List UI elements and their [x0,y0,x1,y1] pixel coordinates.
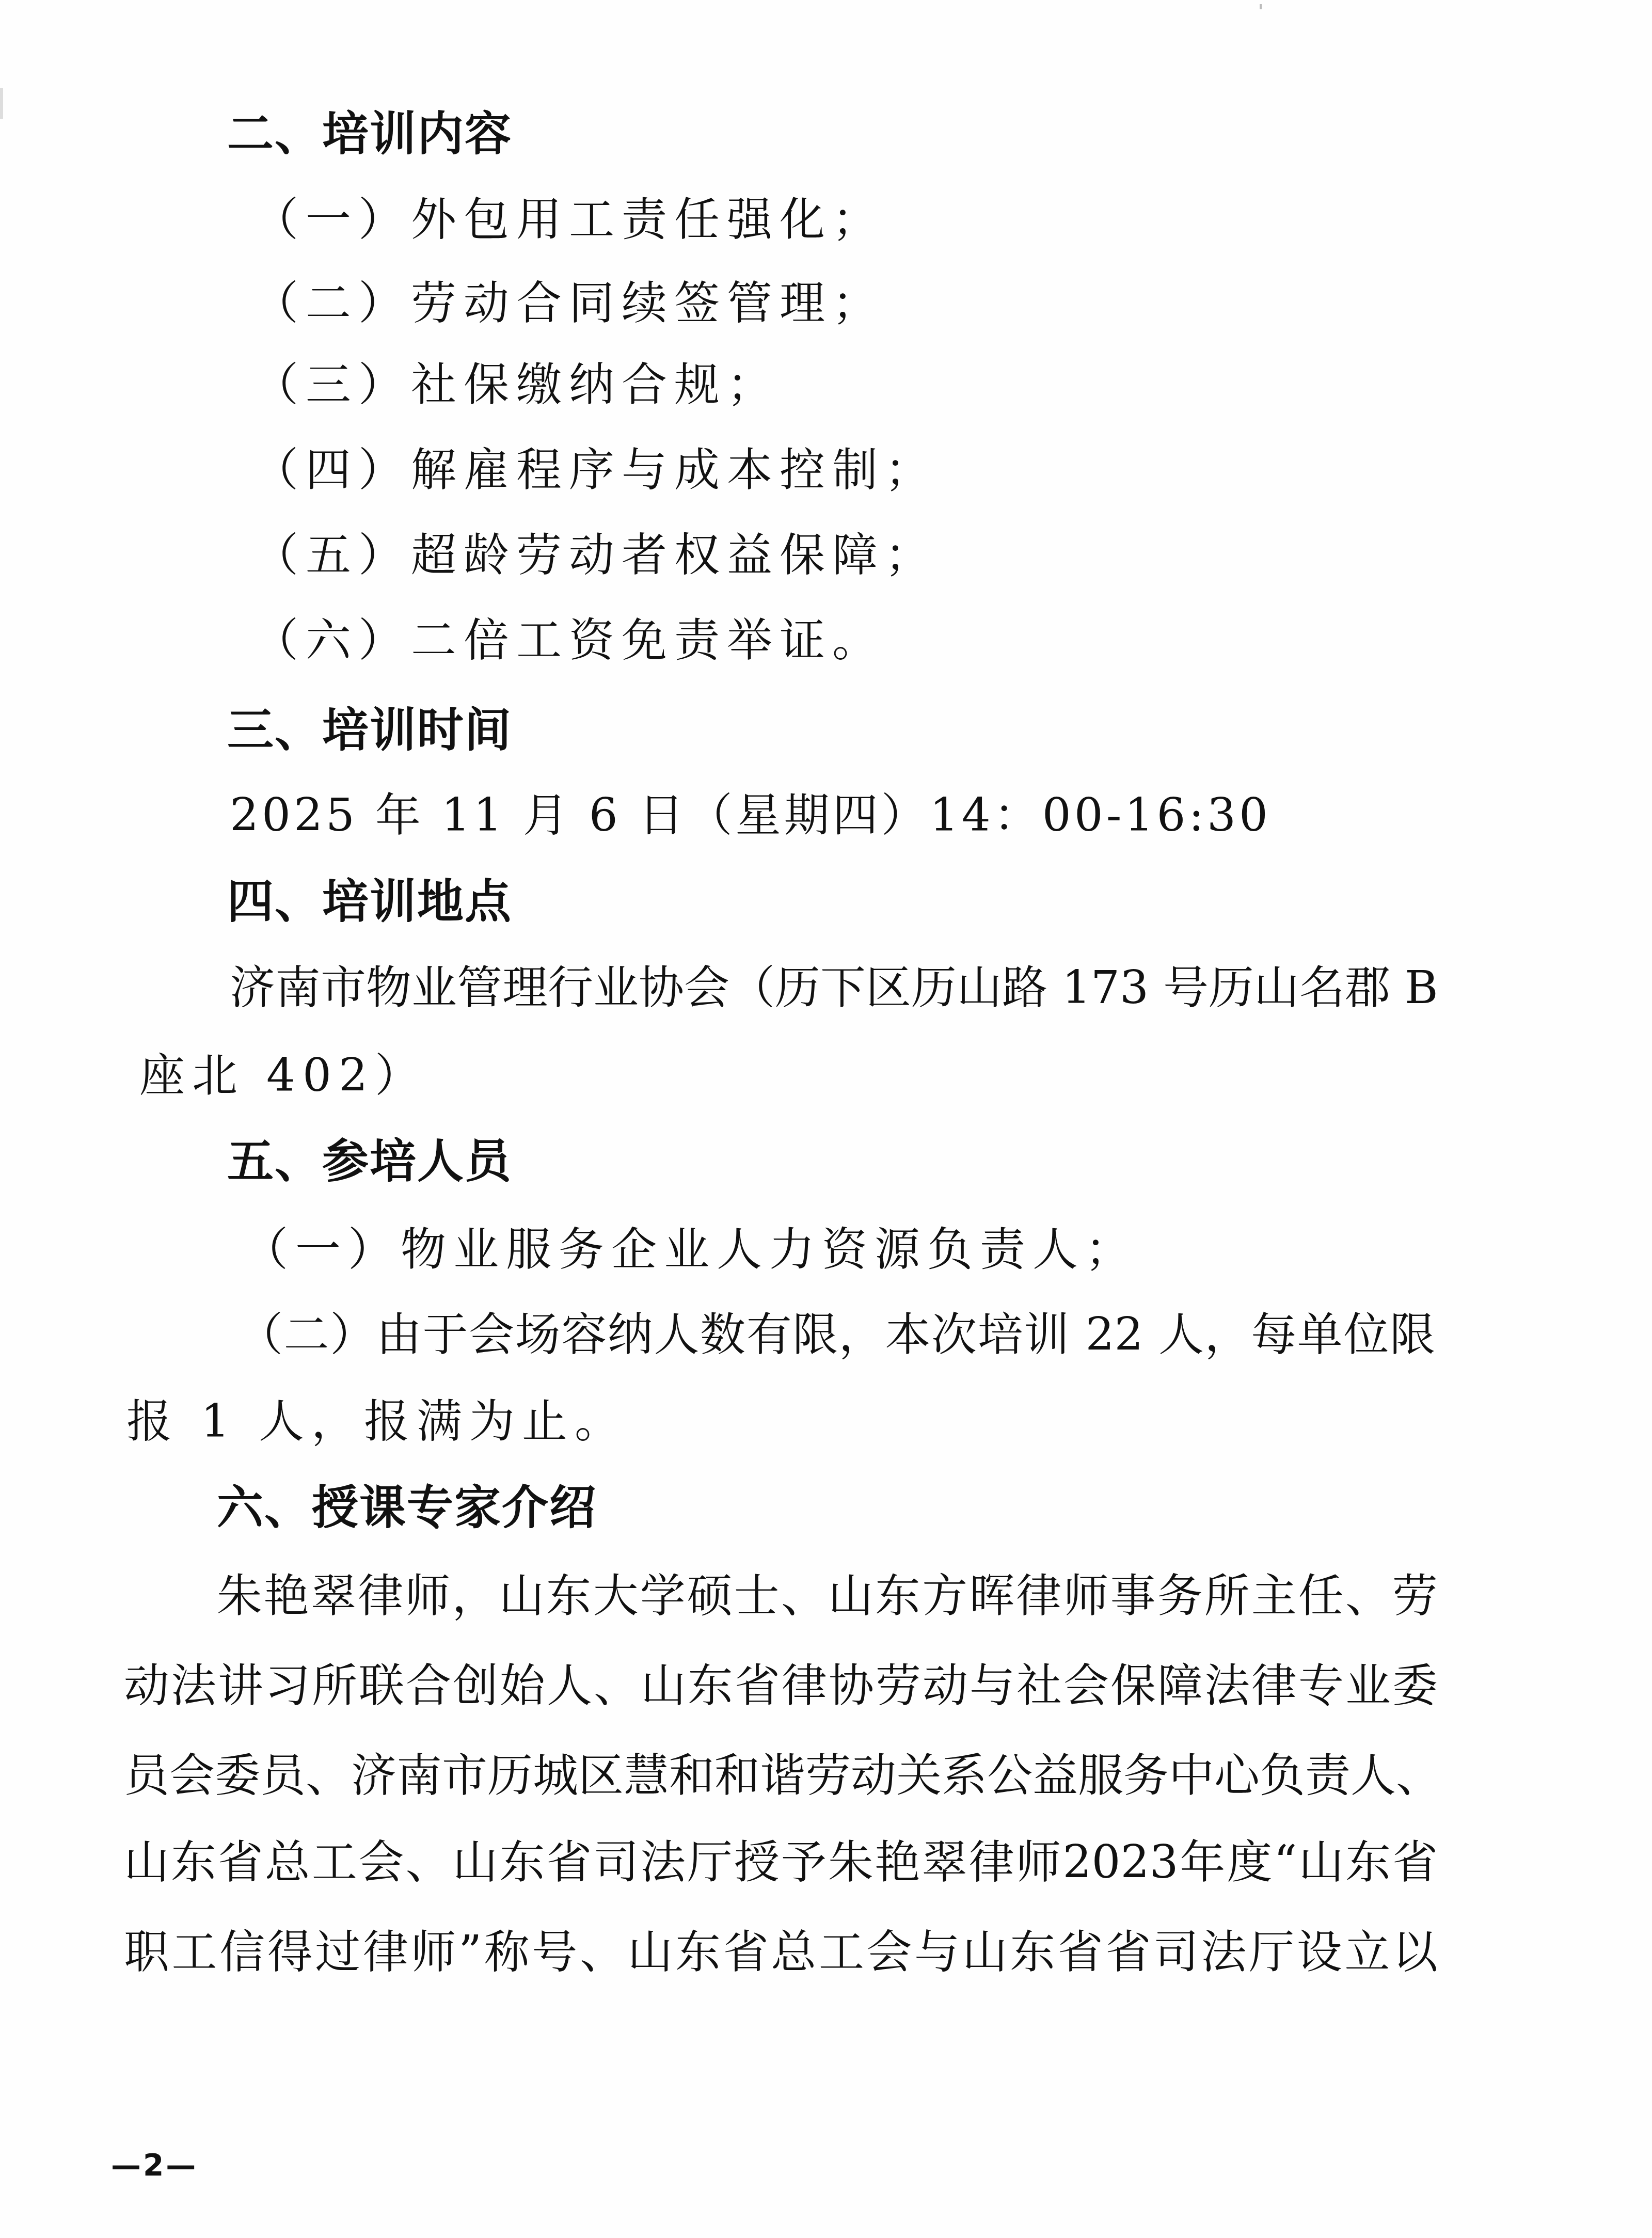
participants-item: （一）物业服务企业人力资源负责人； [243,1221,1138,1278]
list-item: （五）超龄劳动者权益保障； [253,527,938,583]
expert-bio-line: 动法讲习所联合创始人、山东省律协劳动与社会保障法律专业委 [124,1657,1438,1714]
participants-item-continued: 报 1 人，报满为止。 [126,1393,627,1450]
section-heading-training-content: 二、培训内容 [227,106,512,163]
page-number: —2— [111,2148,198,2183]
training-time-text: 2025 年 11 月 6 日（星期四）14：00-16:30 [230,787,1271,844]
participants-item: （二）由于会场容纳人数有限，本次培训 22 人，每单位限 [237,1306,1435,1363]
list-item: （二）劳动合同续签管理； [253,275,885,331]
training-location-text-continued: 座北 402） [139,1047,427,1104]
expert-bio-line: 员会委员、济南市历城区慧和和谐劳动关系公益服务中心负责人、 [124,1747,1438,1804]
scan-edge-mark [0,88,3,119]
document-page: 二、培训内容 （一）外包用工责任强化； （二）劳动合同续签管理； （三）社保缴纳… [0,0,1652,2238]
expert-bio-line: 山东省总工会、山东省司法厅授予朱艳翠律师2023年度“山东省 [124,1834,1438,1891]
list-item: （六）二倍工资免责举证。 [253,612,885,669]
section-heading-expert-intro: 六、授课专家介绍 [217,1480,597,1536]
training-location-text: 济南市物业管理行业协会（历下区历山路 173 号历山名郡 B [230,959,1435,1016]
expert-bio-line: 职工信得过律师”称号、山东省总工会与山东省省司法厅设立以 [124,1924,1438,1980]
list-item: （一）外包用工责任强化； [253,191,885,248]
section-heading-training-location: 四、培训地点 [227,874,512,930]
list-item: （三）社保缴纳合规； [253,356,780,413]
expert-bio-line: 朱艳翠律师，山东大学硕士、山东方晖律师事务所主任、劳 [217,1567,1438,1624]
list-item: （四）解雇程序与成本控制； [253,441,938,498]
section-heading-participants: 五、参培人员 [227,1133,512,1190]
section-heading-training-time: 三、培训时间 [227,702,512,759]
scan-speck [1260,4,1262,9]
